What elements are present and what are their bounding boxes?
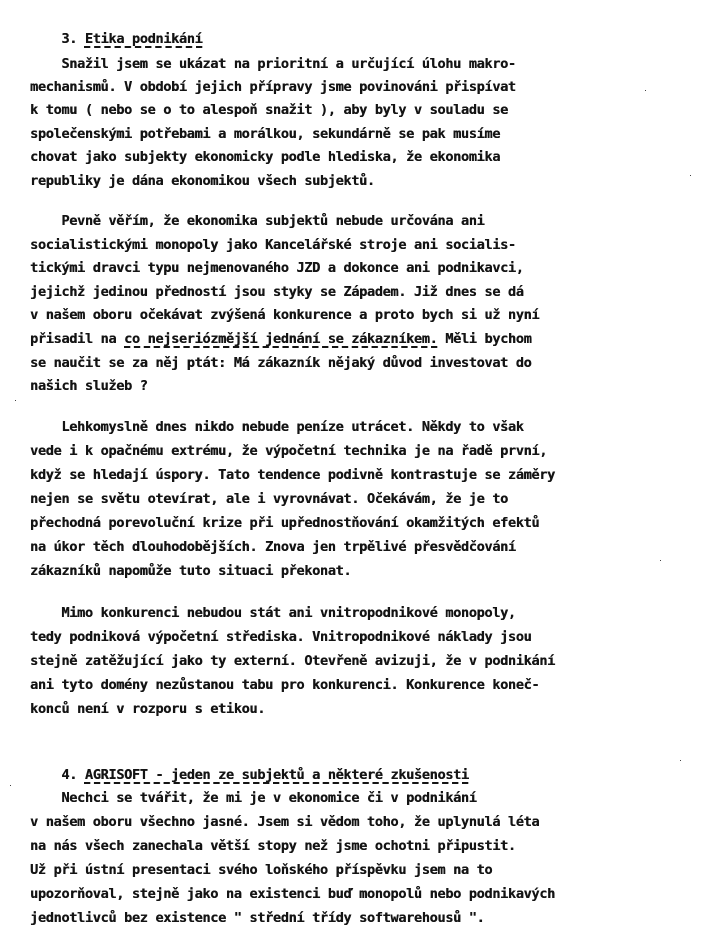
text-line: chovat jako subjekty ekonomicky podle hl… <box>30 148 500 166</box>
text-line: tickými dravci typu nejmenovaného JZD a … <box>30 259 524 277</box>
text-line: našich služeb ? <box>30 377 148 395</box>
text-line: upozorňoval, stejně jako na existenci bu… <box>30 885 555 903</box>
scan-speck <box>15 400 16 401</box>
text-line: Snažil jsem se ukázat na prioritní a urč… <box>30 55 516 73</box>
scan-speck <box>680 760 681 761</box>
text-line: vede i k opačnému extrému, že výpočetní … <box>30 442 547 460</box>
text-line: Nechci se tvářit, že mi je v ekonomice č… <box>30 789 477 807</box>
section-3-number: 3. <box>61 31 77 47</box>
text-line: jejichž jedinou předností jsou styky se … <box>30 283 524 301</box>
section-3-title: Etika podnikání <box>85 31 203 47</box>
scan-speck <box>660 560 661 561</box>
underlined-phrase: co nejseriózmější jednání se zákazníkem. <box>124 331 437 347</box>
text-line: přechodná porevoluční krize při upřednos… <box>30 514 539 532</box>
text-line: když se hledají úspory. Tato tendence po… <box>30 466 555 484</box>
text-line: Pevně věřím, že ekonomika subjektů nebud… <box>30 212 484 230</box>
section-4-number: 4. <box>61 767 77 783</box>
text-line: Už při ústní presentaci svého loňského p… <box>30 861 492 879</box>
typewritten-page: 3. Etika podnikání Snažil jsem se ukázat… <box>0 0 708 937</box>
text-line: ani tyto domény nezůstanou tabu pro konk… <box>30 676 539 694</box>
text-line: republiky je dána ekonomikou všech subje… <box>30 172 375 190</box>
text-line: v našem oboru všechno jasné. Jsem si věd… <box>30 813 539 831</box>
text-line: se naučit se za něj ptát: Má zákazník ně… <box>30 354 531 372</box>
scan-speck <box>645 90 646 91</box>
section-4-title: AGRISOFT - jeden ze subjektů a některé z… <box>85 767 469 783</box>
text-line: mechanismů. V období jejich přípravy jsm… <box>30 78 516 96</box>
text-line: na nás všech zanechala větší stopy než j… <box>30 837 516 855</box>
text-line: nejen se světu otevírat, ale i vyrovnáva… <box>30 490 508 508</box>
text-line: Lehkomyslně dnes nikdo nebude peníze utr… <box>30 418 524 436</box>
text-line: stejně zatěžující jako ty externí. Otevř… <box>30 652 555 670</box>
text-line: v našem oboru očekávat zvýšená konkurenc… <box>30 306 539 324</box>
text-line: k tomu ( nebo se o to alespoň snažit ), … <box>30 101 508 119</box>
text-before-underline: přisadil na <box>30 331 124 347</box>
text-line: zákazníků napomůže tuto situaci překonat… <box>30 562 351 580</box>
text-line: tedy podniková výpočetní střediska. Vnit… <box>30 628 531 646</box>
text-line: socialistickými monopoly jako Kancelářsk… <box>30 236 516 254</box>
text-line: konců není v rozporu s etikou. <box>30 700 265 718</box>
scan-speck <box>690 175 691 176</box>
text-line: Mimo konkurenci nebudou stát ani vnitrop… <box>30 604 516 622</box>
text-line: společenskými potřebami a morálkou, seku… <box>30 125 500 143</box>
text-line-with-underline: přisadil na co nejseriózmější jednání se… <box>30 330 531 348</box>
text-after-underline: Měli bychom <box>437 331 531 347</box>
text-line: na úkor těch dlouhodobějších. Znova jen … <box>30 538 516 556</box>
text-line: jednotlivců bez existence " střední tříd… <box>30 909 484 927</box>
scan-speck <box>10 785 11 786</box>
